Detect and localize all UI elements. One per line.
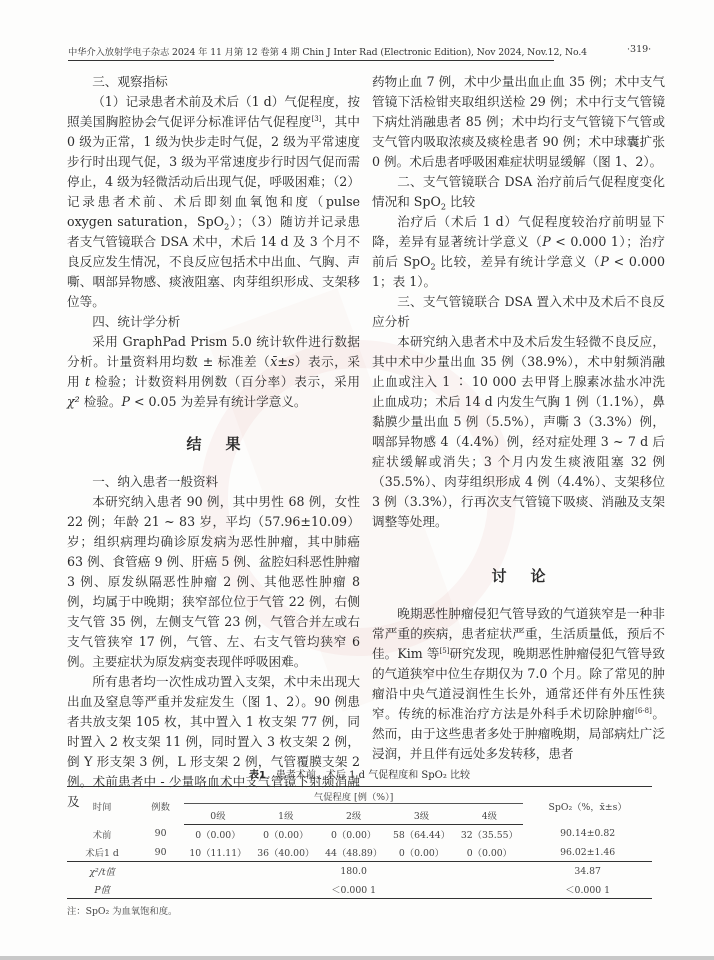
observation-heading: 三、观察指标 xyxy=(67,72,360,92)
column-header-dyspnea-group: 气促程度 [例（%）] xyxy=(184,787,523,807)
column-header-grade-1: 1级 xyxy=(252,806,320,825)
column-header-grade-3: 3级 xyxy=(388,806,456,825)
column-header-time: 时间 xyxy=(67,787,137,825)
discussion-title: 讨论 xyxy=(372,566,665,586)
column-header-grade-2: 2级 xyxy=(320,806,388,825)
table-row-test-statistic: χ²/t值 180.0 34.87 xyxy=(67,862,652,881)
column-header-grade-0: 0级 xyxy=(184,806,252,825)
table-caption: 表1患者术前、术后 1 d 气促程度和 SpO₂ 比较 xyxy=(67,766,652,781)
citation[interactable]: [3] xyxy=(311,115,321,123)
table-footnote: 注：SpO₂ 为血氧饱和度。 xyxy=(67,903,652,917)
left-column: 三、观察指标 （1）记录患者术前及术后（1 d）气促程度，按照美国胸腔协会气促评… xyxy=(67,72,360,812)
page-number: ·319· xyxy=(627,44,651,55)
discussion-paragraph: 晚期恶性肿瘤侵犯气管导致的气道狭窄是一种非常严重的疾病，患者症状严重，生活质量低… xyxy=(372,604,665,764)
table-1: 表1患者术前、术后 1 d 气促程度和 SpO₂ 比较 时间 例数 气促程度 [… xyxy=(67,766,652,917)
adverse-reaction-paragraph: 本研究纳入患者术中及术后发生轻微不良反应，其中术中少量出血 35 例（38.9%… xyxy=(372,332,665,532)
citation[interactable]: [5] xyxy=(440,647,450,655)
statistics-heading: 四、统计学分析 xyxy=(67,312,360,332)
observation-paragraph: （1）记录患者术前及术后（1 d）气促程度，按照美国胸腔协会气促评分标准评估气促… xyxy=(67,92,360,312)
column-header-grade-4: 4级 xyxy=(455,806,523,825)
table-row-p-value: P值 ＜0.000 1 ＜0.000 1 xyxy=(67,880,652,899)
journal-page: 中华介入放射学电子杂志 2024 年 11 月第 12 卷第 4 期 Chin … xyxy=(0,0,714,960)
table-row: 术前 90 0（0.00） 0（0.00） 0（0.00） 58（64.44） … xyxy=(67,825,652,844)
adverse-reaction-heading: 三、支气管镜联合 DSA 置入术中及术后不良反应分析 xyxy=(372,292,665,332)
right-column: 药物止血 7 例，术中少量出血止血 35 例；术中支气管镜下活检钳夹取组织送检 … xyxy=(372,72,665,764)
results-title: 结果 xyxy=(67,434,360,454)
general-data-heading: 一、纳入患者一般资料 xyxy=(67,472,360,492)
citation[interactable]: [6-8] xyxy=(635,707,652,715)
continued-paragraph: 药物止血 7 例，术中少量出血止血 35 例；术中支气管镜下活检钳夹取组织送检 … xyxy=(372,72,665,172)
general-data-paragraph: 本研究纳入患者 90 例，其中男性 68 例，女性 22 例；年龄 21 ~ 8… xyxy=(67,492,360,672)
dyspnea-spo2-heading: 二、支气管镜联合 DSA 治疗前后气促程度变化情况和 SpO2 比较 xyxy=(372,172,665,212)
dyspnea-spo2-paragraph: 治疗后（术后 1 d）气促程度较治疗前明显下降，差异有显著统计学意义（P < 0… xyxy=(372,212,665,292)
statistics-paragraph: 采用 GraphPad Prism 5.0 统计软件进行数据分析。计量资料用均数… xyxy=(67,332,360,412)
scan-bottom-edge xyxy=(0,956,714,960)
running-head: 中华介入放射学电子杂志 2024 年 11 月第 12 卷第 4 期 Chin … xyxy=(68,44,554,61)
column-header-spo2: SpO₂（%，x̄±s） xyxy=(523,787,652,825)
column-header-count: 例数 xyxy=(137,787,184,825)
table-row: 术后1 d 90 10（11.11） 36（40.00） 44（48.89） 0… xyxy=(67,843,652,862)
dyspnea-spo2-table: 时间 例数 气促程度 [例（%）] SpO₂（%，x̄±s） 0级 1级 2级 … xyxy=(67,786,652,899)
